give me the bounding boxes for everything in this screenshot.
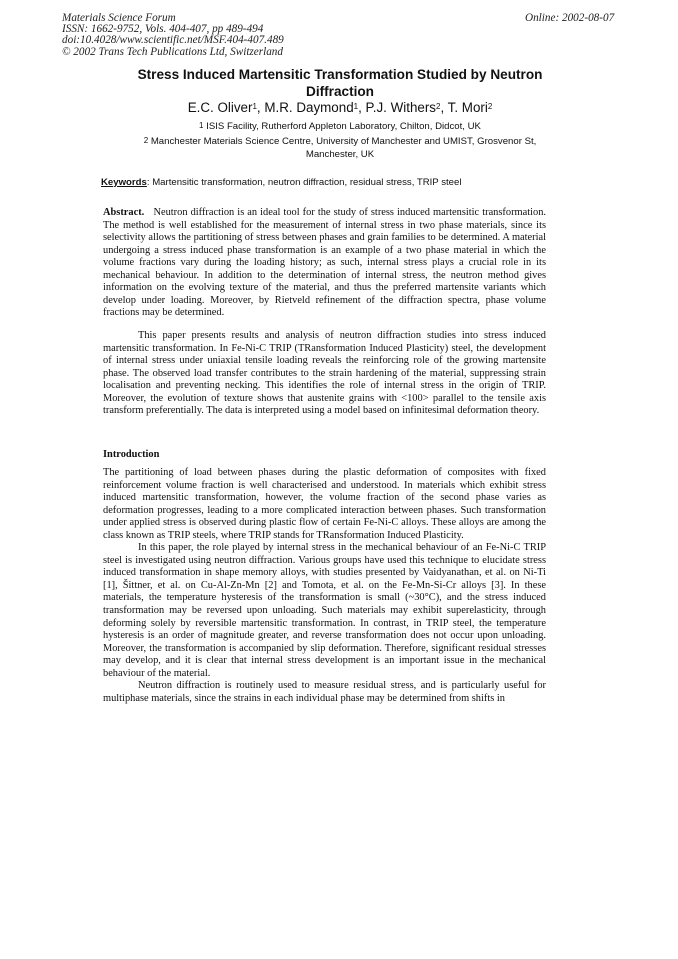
- copyright-line: © 2002 Trans Tech Publications Ltd, Swit…: [62, 47, 284, 58]
- affiliation-text: Manchester Materials Science Centre, Uni…: [151, 136, 537, 147]
- affiliation-number: 1: [199, 121, 203, 130]
- affiliation-text: ISIS Facility, Rutherford Appleton Labor…: [206, 121, 481, 132]
- author-affiliation-mark: 2: [488, 102, 492, 111]
- section-heading-introduction: Introduction: [103, 449, 159, 461]
- author-affiliation-mark: 1: [252, 102, 256, 111]
- title-line-1: Stress Induced Martensitic Transformatio…: [100, 67, 580, 84]
- abstract: Abstract. Neutron diffraction is an idea…: [103, 207, 546, 320]
- author: M.R. Daymond: [264, 100, 353, 115]
- title-line-2: Diffraction: [100, 84, 580, 101]
- affiliation-2: 2 Manchester Materials Science Centre, U…: [100, 136, 580, 161]
- keywords-label: Keywords: [101, 177, 147, 188]
- affiliation-text-cont: Manchester, UK: [306, 149, 374, 160]
- author-affiliation-mark: 2: [436, 102, 440, 111]
- doi-line: doi:10.4028/www.scientific.net/MSF.404-4…: [62, 35, 284, 46]
- intro-paragraph-3: Neutron diffraction is routinely used to…: [103, 680, 546, 705]
- author: E.C. Oliver: [188, 100, 253, 115]
- author-affiliation-mark: 1: [354, 102, 358, 111]
- abstract-label: Abstract.: [103, 207, 144, 218]
- paper-title: Stress Induced Martensitic Transformatio…: [100, 67, 580, 100]
- abstract-paragraph-2: This paper presents results and analysis…: [103, 330, 546, 418]
- introduction-body: The partitioning of load between phases …: [103, 467, 546, 705]
- online-date: Online: 2002-08-07: [525, 13, 614, 24]
- affiliation-1: 1 ISIS Facility, Rutherford Appleton Lab…: [100, 121, 580, 134]
- author: T. Mori: [448, 100, 488, 115]
- keywords: Keywords: Martensitic transformation, ne…: [101, 177, 581, 189]
- abstract-paragraph-1: Neutron diffraction is an ideal tool for…: [103, 207, 546, 318]
- abstract-continued: This paper presents results and analysis…: [103, 330, 546, 418]
- affiliation-number: 2: [144, 136, 148, 145]
- author: P.J. Withers: [366, 100, 436, 115]
- journal-header: Materials Science Forum ISSN: 1662-9752,…: [62, 13, 284, 58]
- keywords-text: : Martensitic transformation, neutron di…: [147, 177, 462, 188]
- intro-paragraph-1: The partitioning of load between phases …: [103, 467, 546, 542]
- author-list: E.C. Oliver1, M.R. Daymond1, P.J. Wither…: [100, 100, 580, 116]
- intro-paragraph-2: In this paper, the role played by intern…: [103, 542, 546, 680]
